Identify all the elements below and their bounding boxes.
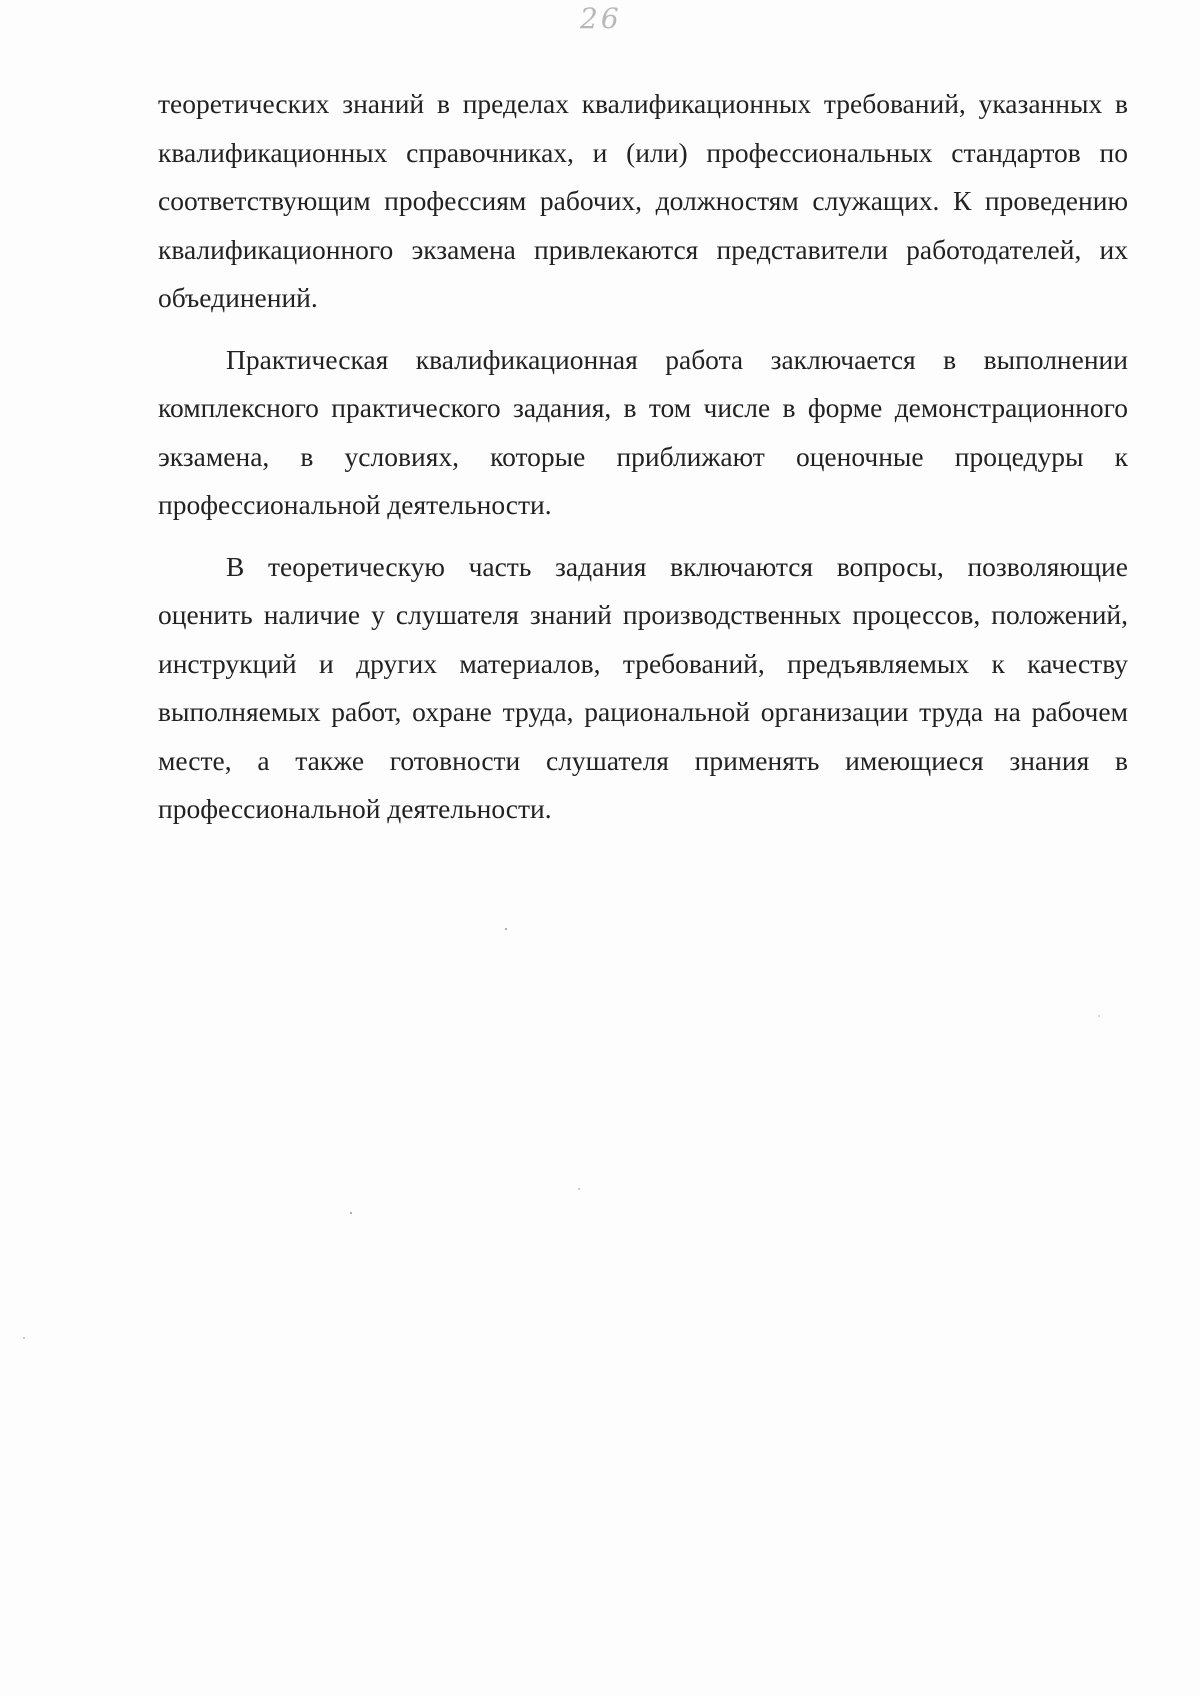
scan-speck — [350, 1212, 352, 1214]
handwritten-page-number: 26 — [580, 2, 622, 35]
scan-speck — [1098, 1015, 1100, 1017]
scanned-page: 26 теоретических знаний в пределах квали… — [0, 0, 1200, 1696]
document-body: теоретических знаний в пределах квалифик… — [158, 80, 1128, 847]
scan-speck — [23, 1337, 25, 1339]
paragraph-1: теоретических знаний в пределах квалифик… — [158, 80, 1128, 323]
paragraph-3: В теоретическую часть задания включаются… — [158, 543, 1128, 834]
scan-speck — [505, 928, 507, 930]
scan-speck — [578, 1188, 580, 1190]
paragraph-2: Практическая квалификационная работа зак… — [158, 336, 1128, 530]
